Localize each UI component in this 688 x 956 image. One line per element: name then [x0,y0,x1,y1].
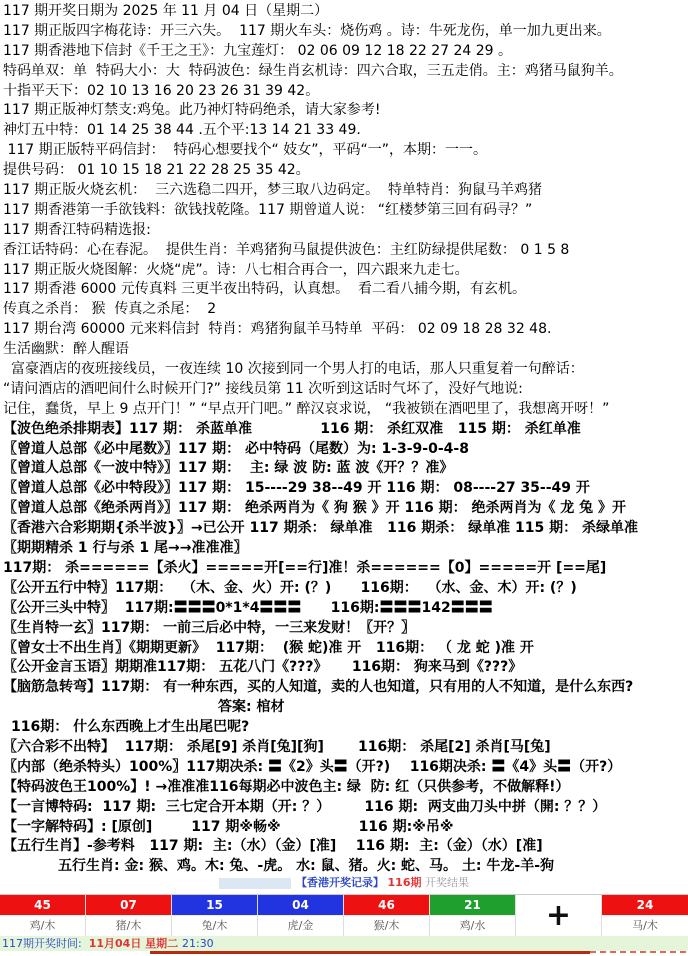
ball-number: 15 [172,895,257,915]
plus-separator: + [516,895,602,936]
result-ball: 24马/木 [602,895,688,936]
text-line: 〖曾道人总部《必中特段》〗117 期： 15----29 38--49 开 11… [3,479,688,499]
ball-zodiac-element: 鸡/木 [0,915,85,936]
text-line: 〖曾道人总部《绝杀两肖》〗117 期： 绝杀两肖为《 狗 猴 》开 116 期：… [3,499,688,519]
result-ball: 15兔/木 [172,895,258,936]
text-line: 117 期香港第一手欲钱料：欲钱找乾隆。117 期曾道人说： “红楼梦第三回有码… [3,201,688,221]
text-line: 〖曾女士不出生肖〗《期期更新》 117期： (猴 蛇)准 开 116期： （ 龙… [3,639,688,659]
ball-number: 04 [258,895,343,915]
document-body: 117 期开奖日期为 2025 年 11 月 04 日（星期二）117 期正版四… [3,2,688,877]
result-ball: 04虎/金 [258,895,344,936]
ball-number: 07 [86,895,171,915]
text-line: 117 期香港地下信封《千王之王》：九宝莲灯： 02 06 09 12 18 2… [3,42,688,62]
text-line: 117 期开奖日期为 2025 年 11 月 04 日（星期二） [3,2,688,22]
text-line: 〖香港六合彩期期{杀半波}〗→已公开 117 期杀： 绿单准 116 期杀： 绿… [3,519,688,539]
status-label: 117期开奖时间: [2,937,89,950]
highlight-box [219,878,291,889]
text-line: 117 期香江特码精选报: [3,221,688,241]
ball-zodiac-element: 鸡/水 [430,915,515,936]
text-line: 〖公开五行中特〗117期： （木、金、火）开: (？) 116期： （水、金、木… [3,579,688,599]
text-line: 〖公开金言玉语〗期期准117期： 五花八门《???》 116期： 狗来马到《??… [3,658,688,678]
text-line: “请问酒店的酒吧间什么时候开门?” 接线员第 11 次听到这话时气坏了，没好气地… [3,380,688,400]
result-ball: 45鸡/木 [0,895,86,936]
text-line: 【特码波色王100%】! →准准准116每期必中波色主: 绿 防: 红（只供参考… [3,778,688,798]
text-line: 传真之杀肖： 猴 传真之杀尾： 2 [3,300,688,320]
text-line: 117 期正版特平码信封： 特码心想要找个“ 妓女”，平码“一”，本期：一一。 [3,141,688,161]
text-line: 117期： 杀======【杀火】=====开[==行]准！杀======【0】… [3,559,688,579]
text-line: 神灯五中特：01 14 25 38 44 .五个平:13 14 21 33 49… [3,121,688,141]
text-line: 【五行生肖】-参考料 117 期: 主:（水）（金）[准] 116 期: 主:（… [3,837,688,857]
text-line: 提供号码： 01 10 15 18 21 22 28 25 35 42。 [3,161,688,181]
text-line: 生活幽默：醉人醒语 [3,340,688,360]
text-line: 香江话特码：心在春泥。 提供生肖：羊鸡猪狗马鼠提供波色：主红防绿提供尾数： 0 … [3,241,688,261]
text-line: 117 期正版火烧图解：火烧“虎”。诗：八七相合再合一，四六跟来九走七。 [3,261,688,281]
ball-zodiac-element: 虎/金 [258,915,343,936]
text-line: 116期： 什么东西晚上才生出尾巴呢? [3,718,688,738]
text-line: 〖内部（绝杀特头）100%〗117期决杀: 〓《2》头〓（开?) 116期决杀:… [3,758,688,778]
ball-zodiac-element: 猴/木 [344,915,429,936]
text-line: 〖曾道人总部《一波中特》〗117 期： 主: 绿 波 防: 蓝 波《开？？准》 [3,459,688,479]
ball-zodiac-element: 马/木 [602,915,688,936]
divider-line-solid [150,951,590,954]
record-title-link[interactable]: 【香港开奖记录】 [296,876,384,889]
text-line: 【一言博特码: 117 期: 三七定合开本期（开: ？） 116 期: 两支曲刀… [3,798,688,818]
ball-number: 24 [602,895,688,915]
text-line: 十指平天下：02 10 13 16 20 23 26 31 39 42。 [3,82,688,102]
text-line: 五行生肖: 金: 猴、鸡。木: 兔、-虎。 水: 鼠、猪。火: 蛇、马。 土: … [3,857,688,877]
text-line: 富豪酒店的夜班接线员，一夜连续 10 次接到同一个男人打的电话，那人只重复着一句… [3,360,688,380]
text-line: 记住，蠢货，早上 9 点开门！” “早点开门吧。” 醉汉哀求说， “我被锁在酒吧… [3,400,688,420]
result-ball: 07猪/木 [86,895,172,936]
text-line: 117 期正版四字梅花诗：开三六失。 117 期火车头：烧伤鸡 。诗：牛死龙伤，… [3,22,688,42]
draw-record-header: 【香港开奖记录】 116期 开奖结果 [0,876,688,892]
text-line: 【波色绝杀排期表】117 期： 杀蓝单准 116 期： 杀红双准 115 期： … [3,420,688,440]
next-draw-status-bar: 117期开奖时间: 11月04日 星期二 21:30 [0,936,688,951]
ball-number: 46 [344,895,429,915]
result-ball: 21鸡/水 [430,895,516,936]
text-line: 117 期台湾 60000 元来料信封 特肖：鸡猪狗鼠羊马特单 平码： 02 0… [3,320,688,340]
ball-number: 21 [430,895,515,915]
status-time: 21:30 [182,937,214,950]
result-ball: 46猴/木 [344,895,430,936]
text-line: 117 期香港 6000 元传真料 三更半夜出特码，认真想。 看二看八捕今期，有… [3,280,688,300]
text-line: 〖期期精杀 1 行与杀 1 尾→→准准准〗 [3,539,688,559]
text-line: 〖生肖特一玄〗117期： 一前三后必中特，一三来发财！〖开？〗 [3,619,688,639]
text-line: 〖六合彩不出特】 117期： 杀尾[9] 杀肖[兔][狗] 116期： 杀尾[2… [3,738,688,758]
text-line: 【脑筋急转弯】117期： 有一种东西，买的人知道，卖的人也知道，只有用的人不知道… [3,678,688,698]
text-line: 117 期正版神灯禁支:鸡兔。此乃神灯特码绝杀，请大家参考! [3,101,688,121]
text-line: 答案: 棺材 [3,698,688,718]
status-date: 11月04日 星期二 [89,937,182,950]
text-line: 〖曾道人总部《必中尾数》〗117 期： 必中特码（尾数）为: 1-3-9-0-4… [3,440,688,460]
text-line: 〖公开三头中特〗 117期:〓〓〓0*1*4〓〓〓 116期:〓〓〓142〓〓〓 [3,599,688,619]
text-line: 117 期正版火烧玄机： 三六选稳二四开，梦三取八边码定。 特单特肖：狗鼠马羊鸡… [3,181,688,201]
ball-number: 45 [0,895,85,915]
result-ball-table: 45鸡/木07猪/木15兔/木04虎/金46猴/木21鸡/水+24马/木 [0,894,688,937]
record-issue: 116期 [388,876,422,889]
ball-zodiac-element: 兔/木 [172,915,257,936]
divider-line-dashed [590,951,686,953]
text-line: 特码单双：单 特码大小：大 特码波色：绿生肖玄机诗：四六合取，三五走俏。主：鸡猪… [3,62,688,82]
record-suffix-label: 开奖结果 [425,876,469,889]
text-line: 【一字解特码】: [原创] 117 期※畅※ 116 期:※吊※ [3,818,688,838]
ball-zodiac-element: 猪/木 [86,915,171,936]
